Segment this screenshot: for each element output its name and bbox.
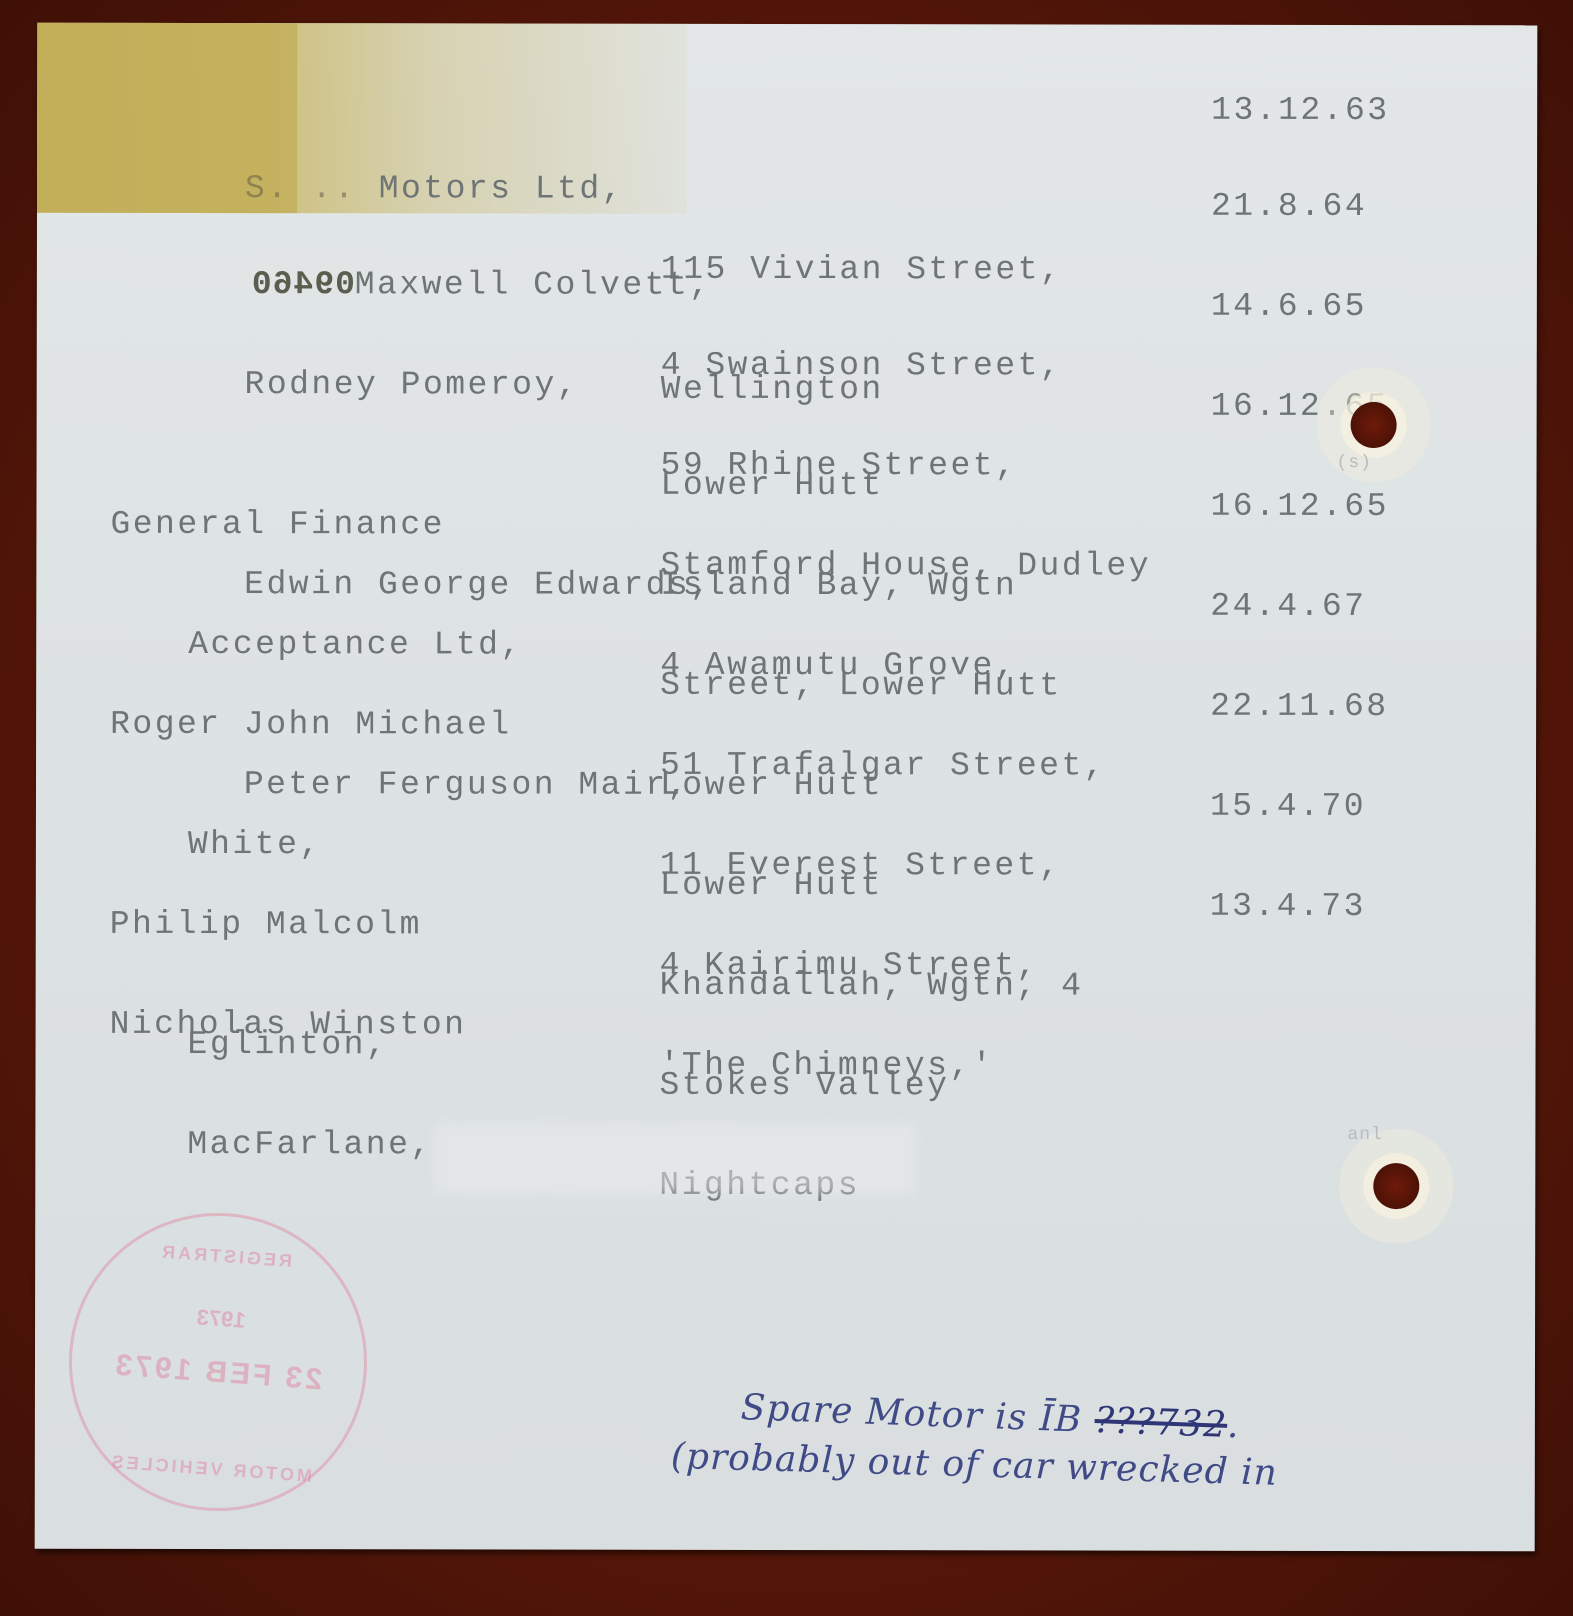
hole-mark-bottom: anl — [1347, 1125, 1382, 1145]
struck-out-text: ???732 — [1094, 1400, 1228, 1446]
hole-mark-top: (s) — [1337, 453, 1372, 473]
row-date: 24.4.67 — [1210, 587, 1366, 627]
punch-hole-top — [1351, 402, 1397, 448]
row-date: 22.11.68 — [1210, 687, 1389, 727]
stamp-middle: 1973 — [75, 1296, 368, 1343]
register-row: Nicholas Winston MacFarlane, 'The Chimne… — [36, 845, 1536, 1048]
document-page: S. .. Motors Ltd, 115 Vivian Street, Wel… — [35, 23, 1538, 1552]
row-date: 21.8.64 — [1211, 187, 1367, 227]
punch-hole-bottom — [1373, 1163, 1419, 1209]
row-date: 13.12.63 — [1211, 91, 1390, 131]
row-date: 13.4.73 — [1210, 887, 1366, 927]
stamp-ring-bottom: MOTOR VEHICLES — [64, 1448, 357, 1490]
rubber-stamp: REGISTRAR 1973 23 FEB 1973 MOTOR VEHICLE… — [59, 1203, 378, 1522]
stamp-date: 23 FEB 1973 — [70, 1346, 364, 1401]
row-date: 14.6.65 — [1211, 287, 1367, 327]
erasure-smudge — [435, 1123, 915, 1194]
row-date: 15.4.70 — [1210, 787, 1366, 827]
row-date: 16.12.65 — [1210, 487, 1389, 527]
row-name: Nicholas Winston MacFarlane, — [109, 925, 466, 1246]
